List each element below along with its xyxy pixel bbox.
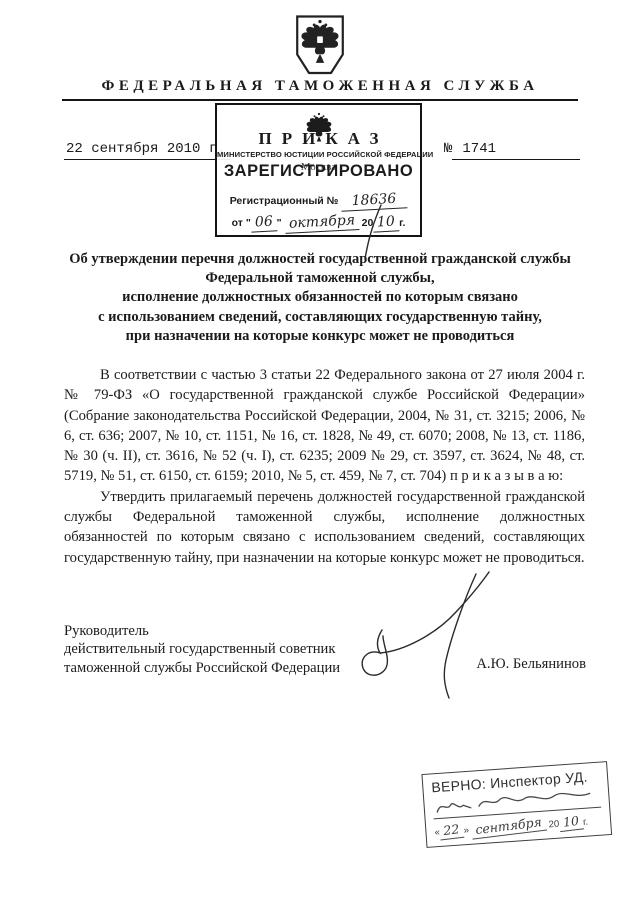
- certification-date-month: сентября: [471, 814, 547, 840]
- registered-label: ЗАРЕГИСТРИРОВАНО: [217, 162, 420, 181]
- coat-of-arms-icon: [293, 13, 347, 79]
- registration-number-label: Регистрационный №: [230, 195, 339, 207]
- certification-date-day: 22: [439, 821, 465, 841]
- title-line: с использованием сведений, составляющих …: [42, 308, 598, 327]
- certification-stamp: ВЕРНО: Инспектор УД. «22» сентября 2010г…: [421, 761, 612, 848]
- signer-position-line: Руководитель: [64, 622, 340, 640]
- registration-date-day: 06: [250, 213, 277, 232]
- document-number: №1741: [444, 141, 580, 160]
- body-paragraph-1: В соответствии с частью 3 статьи 22 Феде…: [64, 365, 585, 487]
- title-line: при назначении на которые конкурс может …: [42, 327, 598, 346]
- number-value: 1741: [452, 141, 580, 160]
- document-body: В соответствии с частью 3 статьи 22 Феде…: [64, 365, 585, 568]
- quote-close: »: [463, 825, 469, 836]
- organization-name: ФЕДЕРАЛЬНАЯ ТАМОЖЕННАЯ СЛУЖБА: [0, 78, 640, 95]
- registration-number-line: Регистрационный № 18636: [217, 192, 420, 210]
- document-date: 22 сентября 2010 г.: [64, 141, 230, 160]
- year-suffix: г.: [399, 217, 405, 229]
- registration-stamp: ПРИКАЗ МИНИСТЕРСТВО ЮСТИЦИИ РОССИЙСКОЙ Ф…: [215, 103, 422, 237]
- registration-date-month: октября: [284, 212, 359, 234]
- year-handwritten: 10: [558, 812, 584, 832]
- ministry-name: МИНИСТЕРСТВО ЮСТИЦИИ РОССИЙСКОЙ ФЕДЕРАЦИ…: [217, 150, 420, 159]
- body-paragraph-2: Утвердить прилагаемый перечень должносте…: [64, 487, 585, 568]
- date-prefix: от: [232, 217, 243, 229]
- header-divider: [62, 99, 578, 101]
- signature-flourish: [352, 572, 500, 700]
- order-heading: ПРИКАЗ: [217, 129, 420, 149]
- signer-position-line: таможенной службы Российской Федерации: [64, 659, 340, 677]
- signer-position: Руководитель действительный государствен…: [64, 622, 340, 677]
- quote-close: ": [277, 217, 282, 229]
- signer-position-line: действительный государственный советник: [64, 640, 340, 658]
- signer-name: А.Ю. Бельянинов: [476, 656, 586, 673]
- document-page: ФЕДЕРАЛЬНАЯ ТАМОЖЕННАЯ СЛУЖБА 22 сентябр…: [0, 0, 640, 900]
- title-line: исполнение должностных обязанностей по к…: [42, 288, 598, 307]
- document-title: Об утверждении перечня должностей госуда…: [42, 250, 598, 346]
- title-line: Об утверждении перечня должностей госуда…: [42, 250, 598, 269]
- number-label: №: [444, 141, 452, 157]
- registration-date-line: от "06" октября 2010г.: [217, 214, 420, 232]
- title-line: Федеральной таможенной службы,: [42, 269, 598, 288]
